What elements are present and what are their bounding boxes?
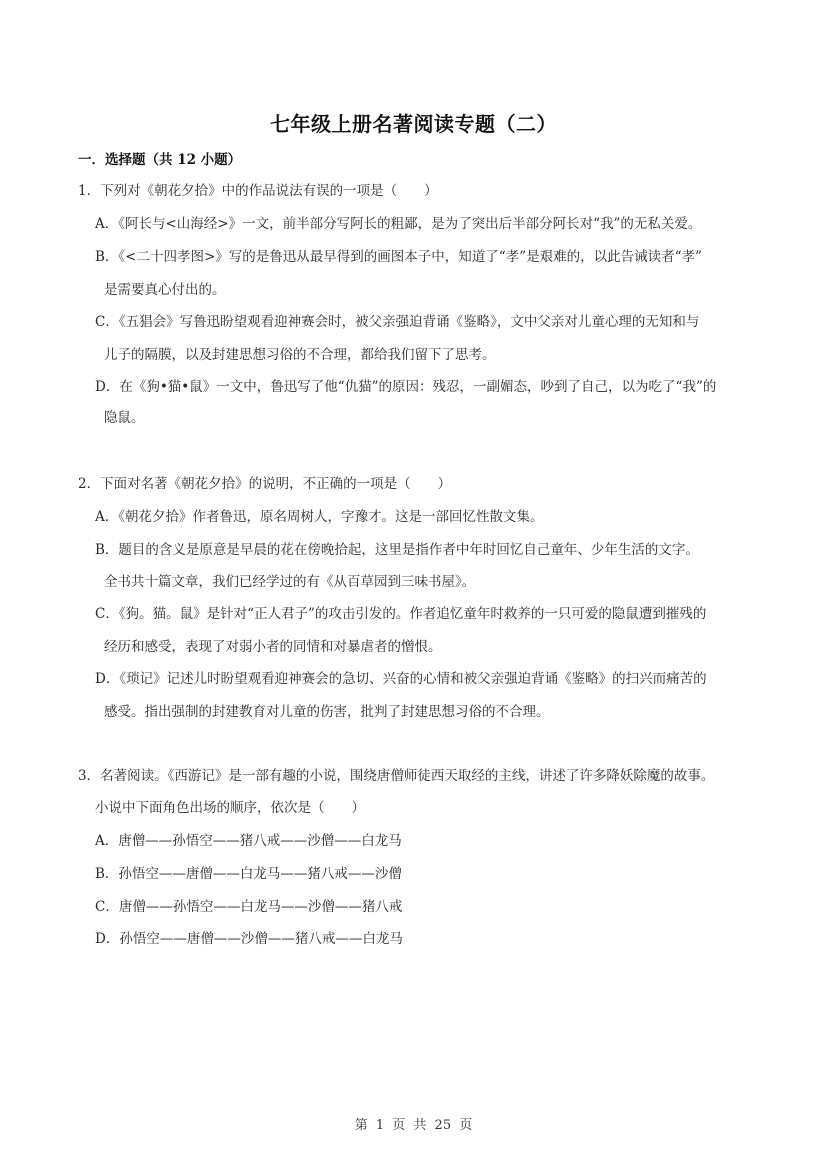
question-text: 下列对《朝花夕拾》中的作品说法有误的一项是（ ）: [100, 183, 438, 199]
option-text: 唐僧——孙悟空——白龙马——沙僧——猪八戒: [119, 899, 403, 915]
option-text: 《<二十四孝图>》写的是鲁迅从最早得到的画图本子中，知道了“孝”是艰难的，以此告…: [118, 249, 701, 265]
option-label: B．: [95, 866, 118, 882]
question-3-stem-continued: 小说中下面角色出场的顺序，依次是（ ）: [95, 799, 365, 817]
option-text-continued: 感受。指出强制的封建教育对儿童的伤害，批判了封建思想习俗的不合理。: [104, 703, 550, 721]
option-label: A．: [95, 509, 118, 525]
option-text: 《朝花夕拾》作者鲁迅，原名周树人，字豫才。这是一部回忆性散文集。: [118, 509, 543, 525]
page-title: 七年级上册名著阅读专题（二）: [0, 108, 827, 137]
option-text: 题目的含义是原意是早晨的花在傍晚拾起，这里是指作者中年时回忆自己童年、少年生活的…: [118, 542, 699, 558]
option-label: C．: [95, 899, 119, 915]
question-1-option-a: A．《阿长与<山海经>》一文，前半部分写阿长的粗鄙，是为了突出后半部分阿长对“我…: [95, 215, 701, 233]
question-number: 2．: [78, 476, 100, 492]
question-3-option-a: A．唐僧——孙悟空——猪八戒——沙僧——白龙马: [95, 832, 402, 850]
option-label: C．: [95, 314, 119, 330]
option-text: 孙悟空——唐僧——沙僧——猪八戒——白龙马: [119, 931, 403, 947]
option-label: A．: [95, 216, 118, 232]
question-2-option-a: A．《朝花夕拾》作者鲁迅，原名周树人，字豫才。这是一部回忆性散文集。: [95, 508, 544, 526]
question-number: 3．: [78, 768, 100, 784]
question-2-option-c: C．《狗。猫。鼠》是针对“正人君子”的攻击引发的。作者追忆童年时救养的一只可爱的…: [95, 605, 706, 623]
question-1-option-d: D．在《狗•猫•鼠》一文中，鲁迅写了他“仇猫”的原因：残忍，一副媚态，吵到了自己…: [95, 378, 716, 396]
question-3-option-b: B．孙悟空——唐僧——白龙马——猪八戒——沙僧: [95, 865, 402, 883]
option-text: 《琐记》记述儿时盼望观看迎神赛会的急切、兴奋的心情和被父亲强迫背诵《鉴略》的扫兴…: [119, 671, 706, 687]
question-1-option-c: C．《五猖会》写鲁迅盼望观看迎神赛会时，被父亲强迫背诵《鉴略》，文中父亲对儿童心…: [95, 313, 699, 331]
question-3-stem: 3．名著阅读。《西游记》是一部有趣的小说，围绕唐僧师徒西天取经的主线，讲述了许多…: [78, 767, 714, 785]
option-text: 《阿长与<山海经>》一文，前半部分写阿长的粗鄙，是为了突出后半部分阿长对“我”的…: [118, 216, 701, 232]
option-text-continued: 经历和感受，表现了对弱小者的同情和对暴虐者的憎恨。: [104, 638, 442, 656]
question-text: 下面对名著《朝花夕拾》的说明，不正确的一项是（ ）: [100, 476, 451, 492]
option-text: 在《狗•猫•鼠》一文中，鲁迅写了他“仇猫”的原因：残忍，一副媚态，吵到了自己，以…: [119, 379, 716, 395]
question-number: 1．: [78, 183, 100, 199]
question-2-option-d: D．《琐记》记述儿时盼望观看迎神赛会的急切、兴奋的心情和被父亲强迫背诵《鉴略》的…: [95, 670, 707, 688]
question-3-option-c: C．唐僧——孙悟空——白龙马——沙僧——猪八戒: [95, 898, 402, 916]
option-text: 孙悟空——唐僧——白龙马——猪八戒——沙僧: [118, 866, 402, 882]
question-3-option-d: D．孙悟空——唐僧——沙僧——猪八戒——白龙马: [95, 930, 403, 948]
option-text-continued: 儿子的隔膜，以及封建思想习俗的不合理，都给我们留下了思考。: [104, 346, 496, 364]
question-1-stem: 1．下列对《朝花夕拾》中的作品说法有误的一项是（ ）: [78, 182, 438, 200]
option-label: D．: [95, 931, 119, 947]
question-1-option-b: B．《<二十四孝图>》写的是鲁迅从最早得到的画图本子中，知道了“孝”是艰难的，以…: [95, 248, 702, 266]
question-2-option-b: B．题目的含义是原意是早晨的花在傍晚拾起，这里是指作者中年时回忆自己童年、少年生…: [95, 541, 699, 559]
option-label: D．: [95, 671, 119, 687]
page-number-footer: 第 1 页 共 25 页: [0, 1114, 827, 1133]
question-text: 名著阅读。《西游记》是一部有趣的小说，围绕唐僧师徒西天取经的主线，讲述了许多降妖…: [100, 768, 714, 784]
option-label: C．: [95, 606, 119, 622]
option-label: A．: [95, 833, 118, 849]
option-text-continued: 是需要真心付出的。: [104, 281, 226, 299]
option-label: D．: [95, 379, 119, 395]
option-label: B．: [95, 542, 118, 558]
question-2-stem: 2．下面对名著《朝花夕拾》的说明，不正确的一项是（ ）: [78, 475, 451, 493]
option-text: 唐僧——孙悟空——猪八戒——沙僧——白龙马: [118, 833, 402, 849]
option-text: 《五猖会》写鲁迅盼望观看迎神赛会时，被父亲强迫背诵《鉴略》，文中父亲对儿童心理的…: [119, 314, 700, 330]
option-label: B．: [95, 249, 118, 265]
option-text-continued: 隐鼠。: [104, 409, 145, 427]
section-heading: 一．选择题（共 12 小题）: [78, 151, 241, 169]
option-text: 《狗。猫。鼠》是针对“正人君子”的攻击引发的。作者追忆童年时救养的一只可爱的隐鼠…: [119, 606, 707, 622]
option-text-continued: 全书共十篇文章，我们已经学过的有《从百草园到三味书屋》。: [104, 573, 475, 591]
